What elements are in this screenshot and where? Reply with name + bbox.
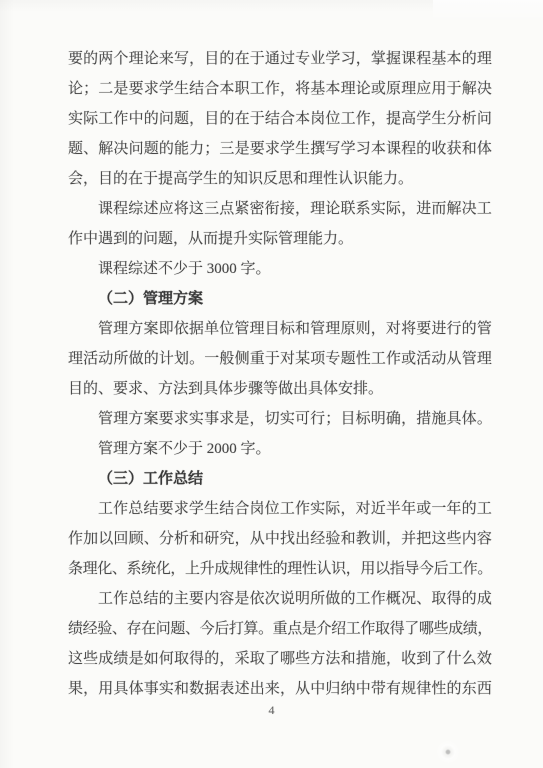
- body-text-line: 要的两个理论来写，目的在于通过专业学习，掌握课程基本的理: [68, 44, 492, 74]
- body-text-line: 课程综述应将这三点紧密衔接，理论联系实际，进而解决工: [68, 194, 492, 224]
- scan-shading-left-edge: [0, 0, 14, 768]
- body-text-line: 管理方案要求实事求是，切实可行；目标明确，措施具体。: [68, 404, 492, 434]
- body-text-line: 工作总结的主要内容是依次说明所做的工作概况、取得的成: [68, 584, 492, 614]
- text-column: 要的两个理论来写，目的在于通过专业学习，掌握课程基本的理论；二是要求学生结合本职…: [68, 44, 492, 704]
- body-text-line: 实际工作中的问题，目的在于结合本岗位工作，提高学生分析问: [68, 104, 492, 134]
- document-page: 要的两个理论来写，目的在于通过专业学习，掌握课程基本的理论；二是要求学生结合本职…: [0, 0, 543, 768]
- body-text-line: 理活动所做的计划。一般侧重于对某项专题性工作或活动从管理: [68, 344, 492, 374]
- body-text-line: 管理方案即依据单位管理目标和管理原则，对将要进行的管: [68, 314, 492, 344]
- body-text-line: 作中遇到的问题，从而提升实际管理能力。: [68, 224, 492, 254]
- body-text-line: 工作总结要求学生结合岗位工作实际，对近半年或一年的工: [68, 494, 492, 524]
- body-text-line: 果，用具体事实和数据表述出来，从中归纳中带有规律性的东西: [68, 674, 492, 704]
- body-text-line: 会，目的在于提高学生的知识反思和理性认识能力。: [68, 164, 492, 194]
- page-number: 4: [269, 703, 275, 717]
- page-footer: 4: [0, 701, 543, 719]
- section-heading-line: （三）工作总结: [68, 464, 492, 494]
- body-text-line: 目的、要求、方法到具体步骤等做出具体安排。: [68, 374, 492, 404]
- body-text-line: 题、解决问题的能力；三是要求学生撰写学习本课程的收获和体: [68, 134, 492, 164]
- body-text-line: 论；二是要求学生结合本职工作，将基本理论或原理应用于解决: [68, 74, 492, 104]
- body-text-line: 这些成绩是如何取得的，采取了哪些方法和措施，收到了什么效: [68, 644, 492, 674]
- section-heading-line: （二）管理方案: [68, 284, 492, 314]
- scan-highlight-top-right: [433, 0, 543, 20]
- body-text-line: 作加以回顾、分析和研究，从中找出经验和教训，并把这些内容: [68, 524, 492, 554]
- scan-shading-top-edge: [0, 0, 543, 12]
- scan-artifact-dot: [436, 740, 460, 764]
- body-text-line: 课程综述不少于 3000 字。: [68, 254, 492, 284]
- body-text-line: 绩经验、存在问题、今后打算。重点是介绍工作取得了哪些成绩，: [68, 614, 492, 644]
- body-text-line: 管理方案不少于 2000 字。: [68, 434, 492, 464]
- body-text-line: 条理化、系统化，上升成规律性的理性认识，用以指导今后工作。: [68, 554, 492, 584]
